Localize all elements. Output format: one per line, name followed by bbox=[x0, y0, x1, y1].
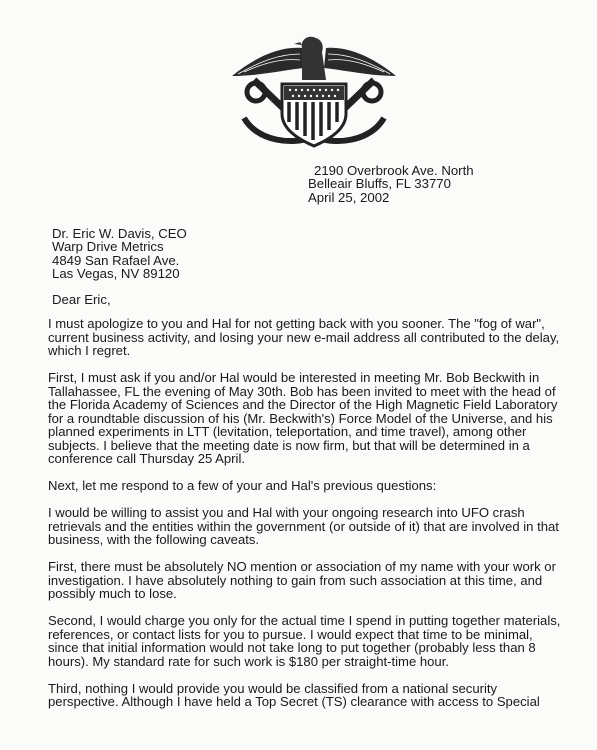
salutation: Dear Eric, bbox=[52, 292, 111, 307]
sender-city: Belleair Bluffs, FL 33770 bbox=[308, 177, 474, 190]
recipient-company: Warp Drive Metrics bbox=[52, 240, 187, 253]
letter-page: 2190 Overbrook Ave. North Belleair Bluff… bbox=[0, 0, 597, 750]
paragraph-apology: I must apologize to you and Hal for not … bbox=[48, 317, 593, 358]
paragraph-respond: Next, let me respond to a few of your an… bbox=[48, 479, 593, 493]
paragraph-caveat-second: Second, I would charge you only for the … bbox=[48, 614, 593, 668]
recipient-name: Dr. Eric W. Davis, CEO bbox=[52, 227, 187, 240]
sender-address-block: 2190 Overbrook Ave. North Belleair Bluff… bbox=[308, 164, 474, 204]
paragraph-assist: I would be willing to assist you and Hal… bbox=[48, 506, 593, 547]
recipient-city: Las Vegas, NV 89120 bbox=[52, 267, 187, 280]
paragraph-meeting: First, I must ask if you and/or Hal woul… bbox=[48, 371, 593, 466]
letter-date: April 25, 2002 bbox=[308, 191, 474, 204]
letter-body: I must apologize to you and Hal for not … bbox=[48, 317, 593, 722]
sender-street: 2190 Overbrook Ave. North bbox=[308, 164, 474, 177]
paragraph-caveat-third: Third, nothing I would provide you would… bbox=[48, 682, 593, 709]
recipient-address-block: Dr. Eric W. Davis, CEO Warp Drive Metric… bbox=[52, 227, 187, 281]
navy-emblem-icon bbox=[224, 18, 404, 148]
paragraph-caveat-first: First, there must be absolutely NO menti… bbox=[48, 560, 593, 601]
recipient-street: 4849 San Rafael Ave. bbox=[52, 254, 187, 267]
